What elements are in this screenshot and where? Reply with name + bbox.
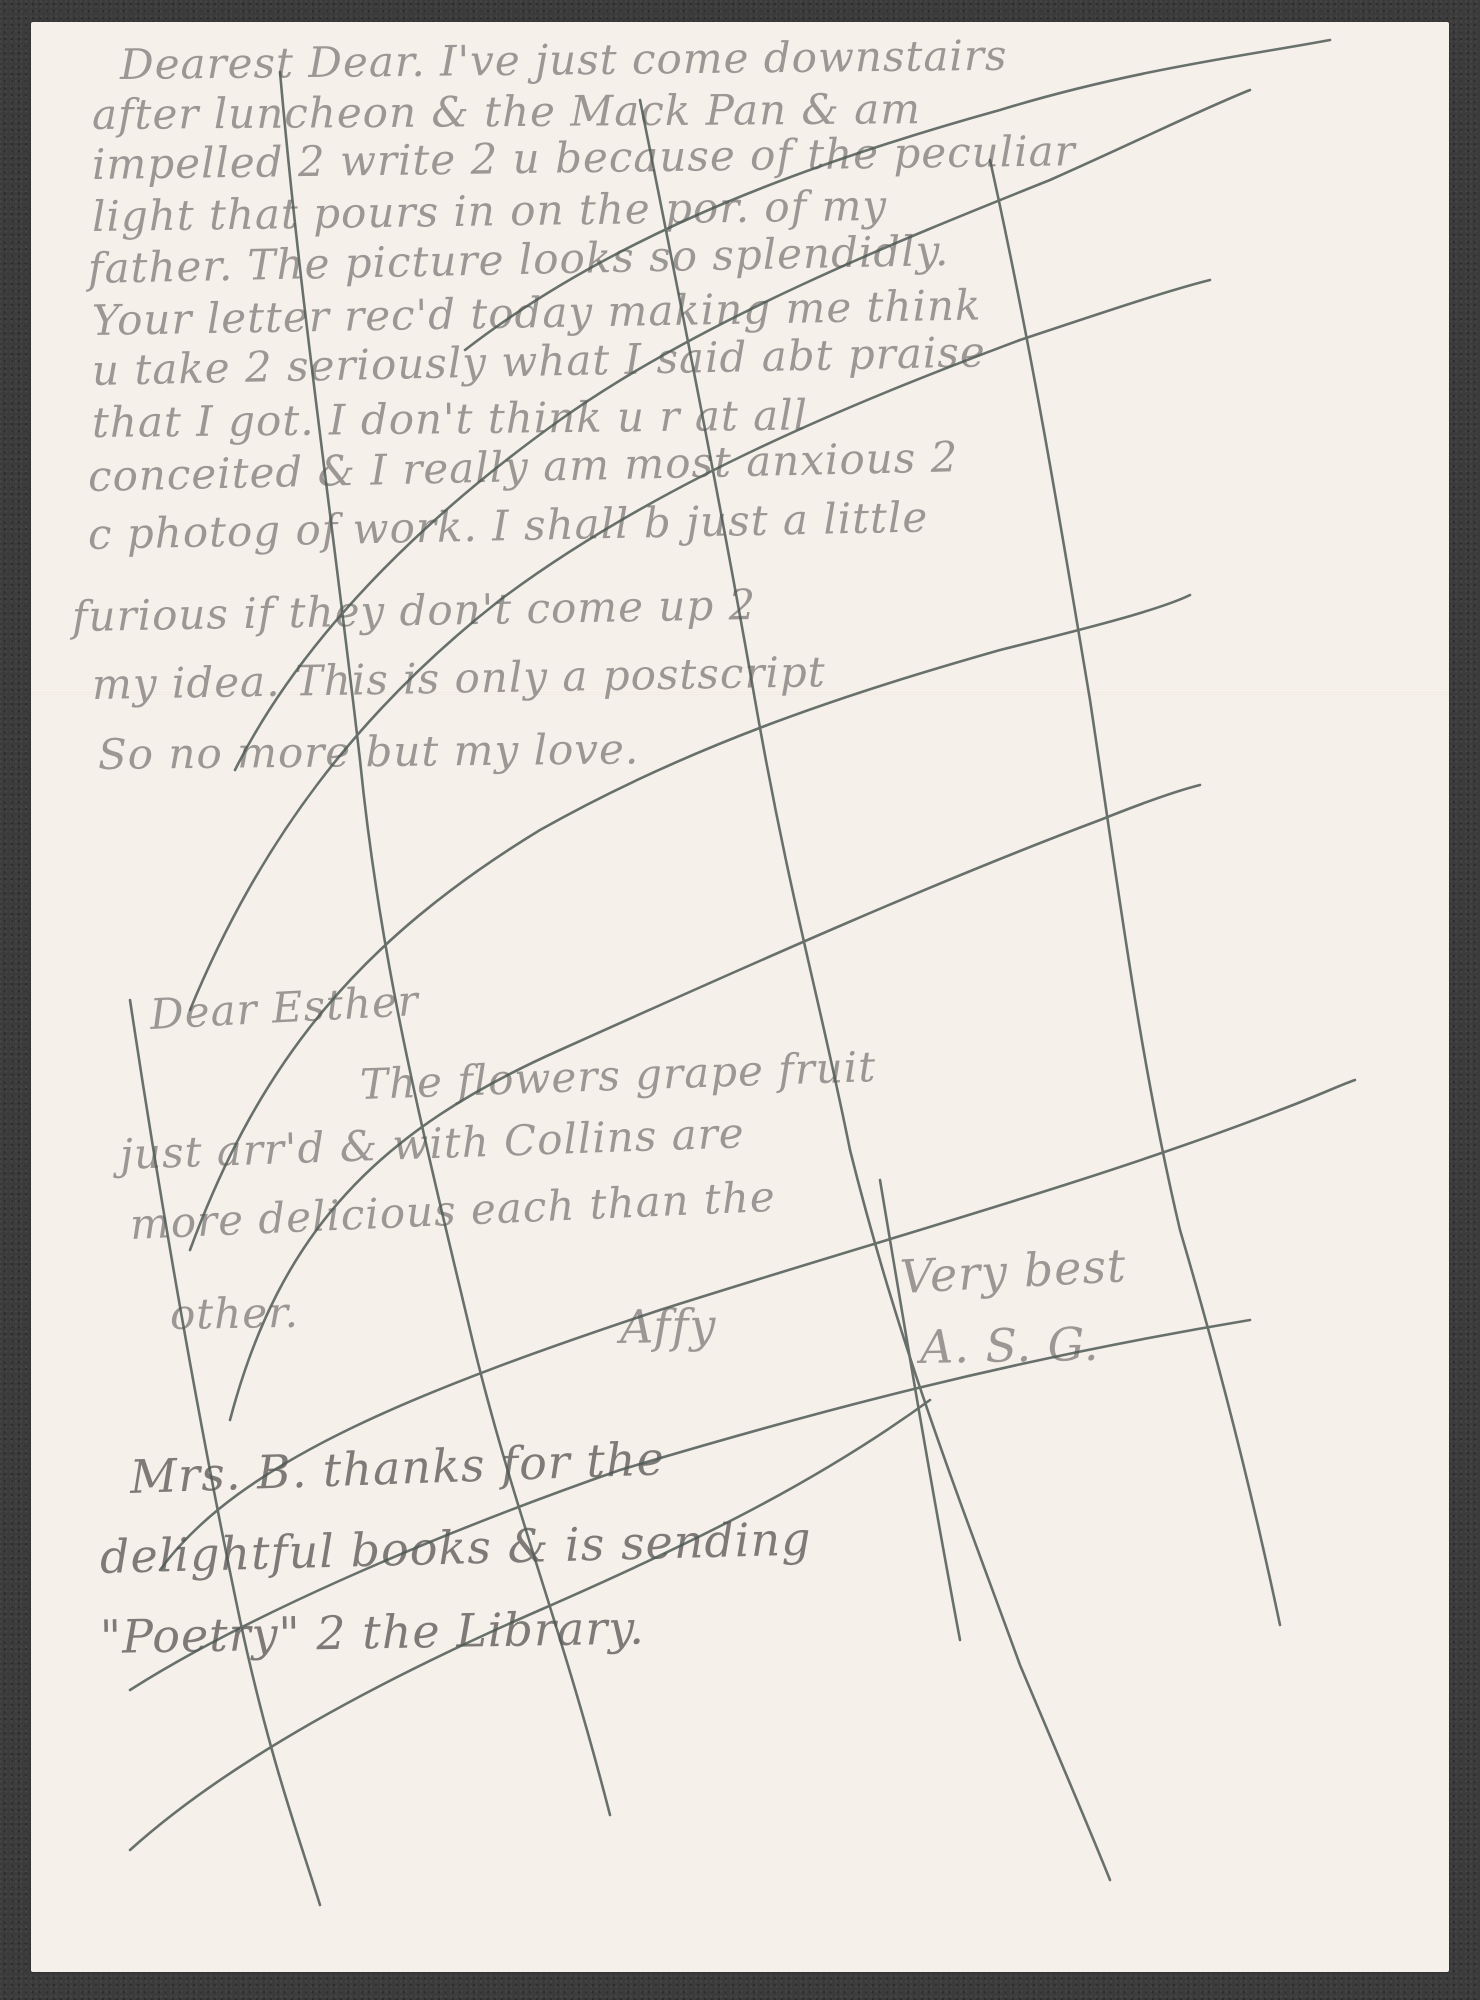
letter-line: Dearest Dear. I've just come downstairs xyxy=(120,31,1008,89)
note-esther-signature: A. S. G. xyxy=(920,1317,1100,1374)
letter-line: So no more but my love. xyxy=(98,724,640,779)
note-esther-affy: Affy xyxy=(620,1298,717,1354)
note-esther-line: other. xyxy=(170,1288,300,1339)
note-mrs-b-line: "Poetry" 2 the Library. xyxy=(100,1600,646,1664)
